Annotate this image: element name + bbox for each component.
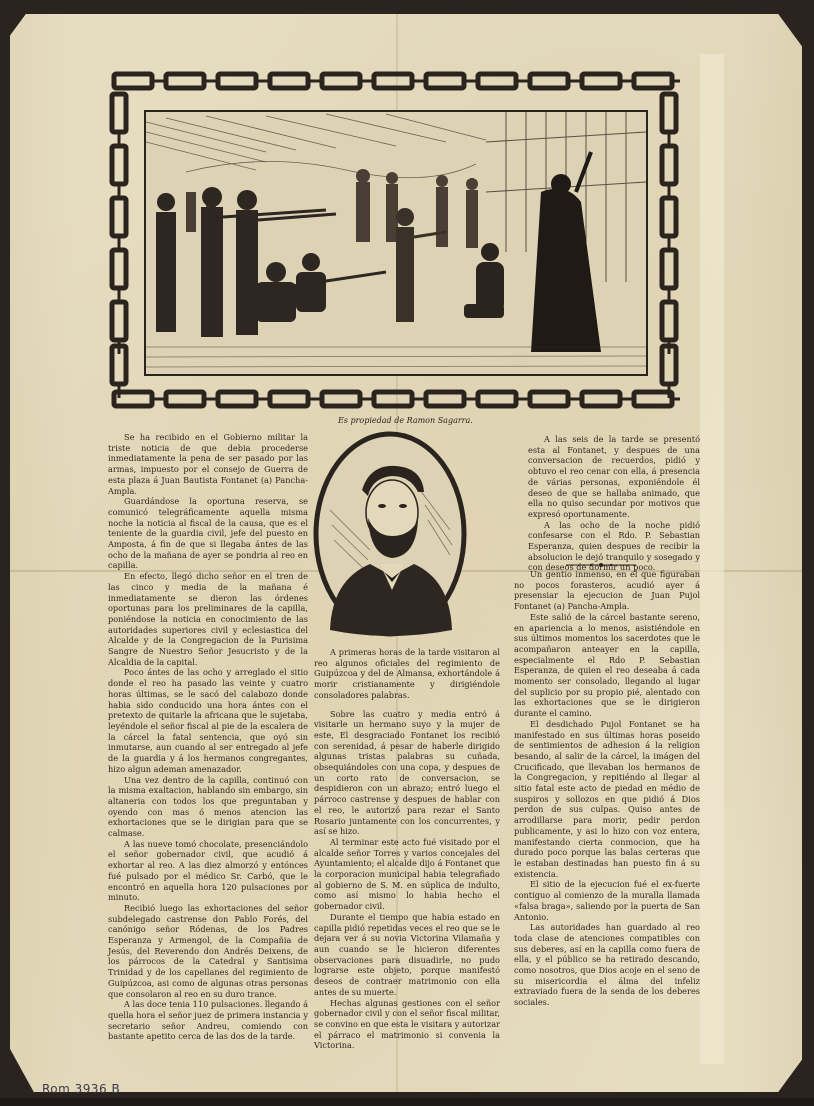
oval-portrait — [310, 430, 470, 638]
archive-stamp: Rom 3936 B — [42, 1082, 120, 1096]
paper-edge-strip — [700, 54, 724, 1064]
paragraph: Las autoridades han guardado al reo toda… — [514, 922, 700, 1008]
paragraph: Se ha recibido en el Gobierno militar la… — [108, 432, 308, 496]
portrait-bearded-man-icon — [310, 430, 470, 638]
paragraph: Durante el tiempo que habia estado en ca… — [314, 912, 500, 998]
execution-engraving — [144, 110, 648, 376]
firing-squad-scene-icon — [146, 112, 646, 374]
paragraph: En efecto, llegó dicho señor en el tren … — [108, 571, 308, 667]
paragraph: Una vez dentro de la capilla, continuó c… — [108, 775, 308, 839]
paragraph: A las doce tenia 110 pulsaciones. llegan… — [108, 999, 308, 1042]
article-column-right-top: A las seis de la tarde se presentó esta … — [528, 434, 700, 573]
paragraph: Un gentio inmenso, en el que figuraban n… — [514, 569, 700, 612]
article-column-middle: A primeras horas de la tarde visitaron a… — [314, 647, 500, 1051]
illustration-caption: Es propiedad de Ramon Sagarra. — [338, 416, 458, 425]
paragraph: A las nueve tomó chocolate, presenciándo… — [108, 839, 308, 903]
paragraph: Poco ántes de las ocho y arreglado el si… — [108, 667, 308, 774]
article-column-left: Se ha recibido en el Gobierno militar la… — [108, 432, 308, 1042]
article-column-right-bottom: Un gentio inmenso, en el que figuraban n… — [514, 569, 700, 1008]
paragraph: Sobre las cuatro y media entró á visitar… — [314, 709, 500, 837]
paragraph: Recibió luego las exhortaciones del seño… — [108, 903, 308, 999]
paragraph: Guardándose la oportuna reserva, se comu… — [108, 496, 308, 571]
paragraph: El desdichado Pujol Fontanet se ha manif… — [514, 719, 700, 880]
paragraph-gap — [314, 701, 500, 709]
paragraph: Este salió de la cárcel bastante sereno,… — [514, 612, 700, 719]
paragraph: El sitio de la ejecucion fué el ex-fuert… — [514, 879, 700, 922]
scan-background-strip — [0, 1098, 814, 1106]
ornament-divider-icon — [566, 562, 636, 568]
paragraph: A las seis de la tarde se presentó esta … — [528, 434, 700, 520]
paragraph: Al terminar este acto fué visitado por e… — [314, 837, 500, 912]
paragraph: A primeras horas de la tarde visitaron a… — [314, 647, 500, 701]
paragraph: Hechas algunas gestiones con el señor go… — [314, 998, 500, 1052]
